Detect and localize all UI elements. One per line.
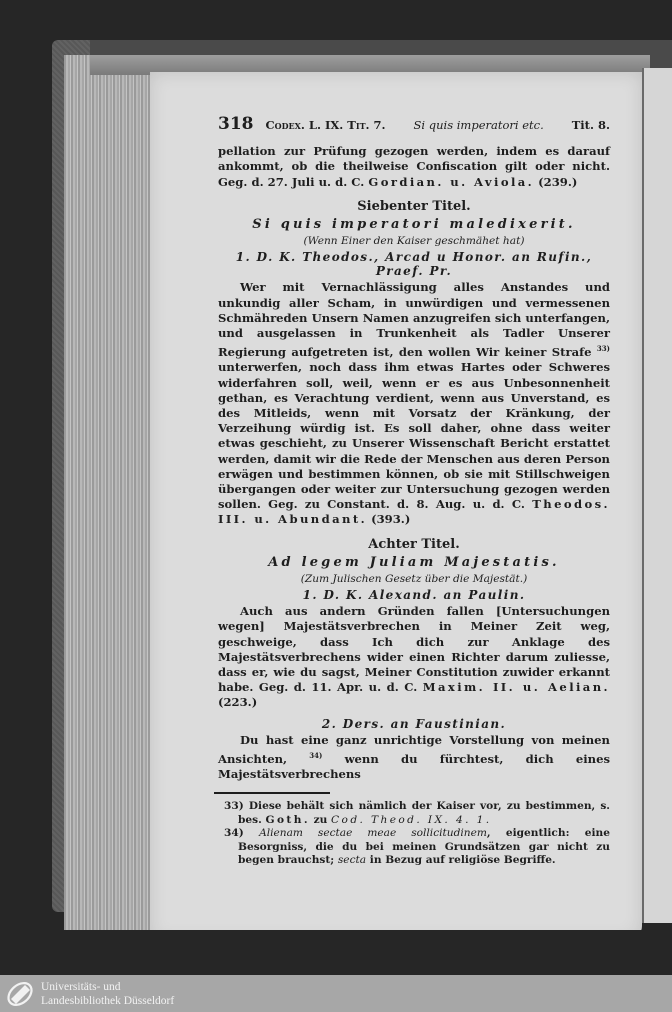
title7-latin: Si quis imperatori maledixerit. <box>218 217 610 232</box>
title7-law1-text: Wer mit Vernachlässigung alles Anstandes… <box>218 280 610 527</box>
footnote-34: 34) Alienam sectae meae sollicitudinem, … <box>218 827 610 868</box>
title8-law1-text: Auch aus andern Gründen fallen [Untersuc… <box>218 604 610 710</box>
footnote-divider <box>214 792 330 794</box>
title8-latin: Ad legem Juliam Majestatis. <box>218 555 610 570</box>
book-logo-icon <box>5 979 35 1009</box>
running-head-left: Codex. L. IX. Tit. 7. <box>266 118 386 133</box>
title8-heading: Achter Titel. <box>218 537 610 552</box>
title7-heading: Siebenter Titel. <box>218 199 610 214</box>
page-block-edges <box>64 55 154 935</box>
bottom-shadow <box>60 930 672 975</box>
title8-law2-text: Du hast eine ganz unrichtige Vorstellung… <box>218 733 610 782</box>
footnote-33: 33) Diese behält sich nämlich der Kaiser… <box>218 800 610 827</box>
footnote-ref-33[interactable]: 33) <box>597 344 610 353</box>
running-header: 318 Codex. L. IX. Tit. 7. Si quis impera… <box>218 117 610 133</box>
title8-law2-heading: 2. Ders. an Faustinian. <box>218 717 610 731</box>
library-name: Universitäts- und Landesbibliothek Düsse… <box>41 980 174 1008</box>
title8-law1-heading: 1. D. K. Alexand. an Paulin. <box>218 588 610 602</box>
title8-german: (Zum Julischen Gesetz über die Majestät.… <box>218 572 610 587</box>
continuation-paragraph: pellation zur Prüfung gezogen werden, in… <box>218 144 610 190</box>
running-head-right: Tit. 8. <box>572 118 610 133</box>
title7-law1-heading: 1. D. K. Theodos., Arcad u Honor. an Ruf… <box>218 250 610 278</box>
page-number: 318 <box>218 117 254 132</box>
page-text: 318 Codex. L. IX. Tit. 7. Si quis impera… <box>218 117 610 868</box>
facing-page-edge <box>642 68 672 923</box>
running-head-middle: Si quis imperatori etc. <box>414 118 544 133</box>
library-footer: Universitäts- und Landesbibliothek Düsse… <box>0 975 672 1012</box>
footnote-ref-34[interactable]: 34) <box>309 751 322 760</box>
title7-german: (Wenn Einer den Kaiser geschmähet hat) <box>218 234 610 249</box>
